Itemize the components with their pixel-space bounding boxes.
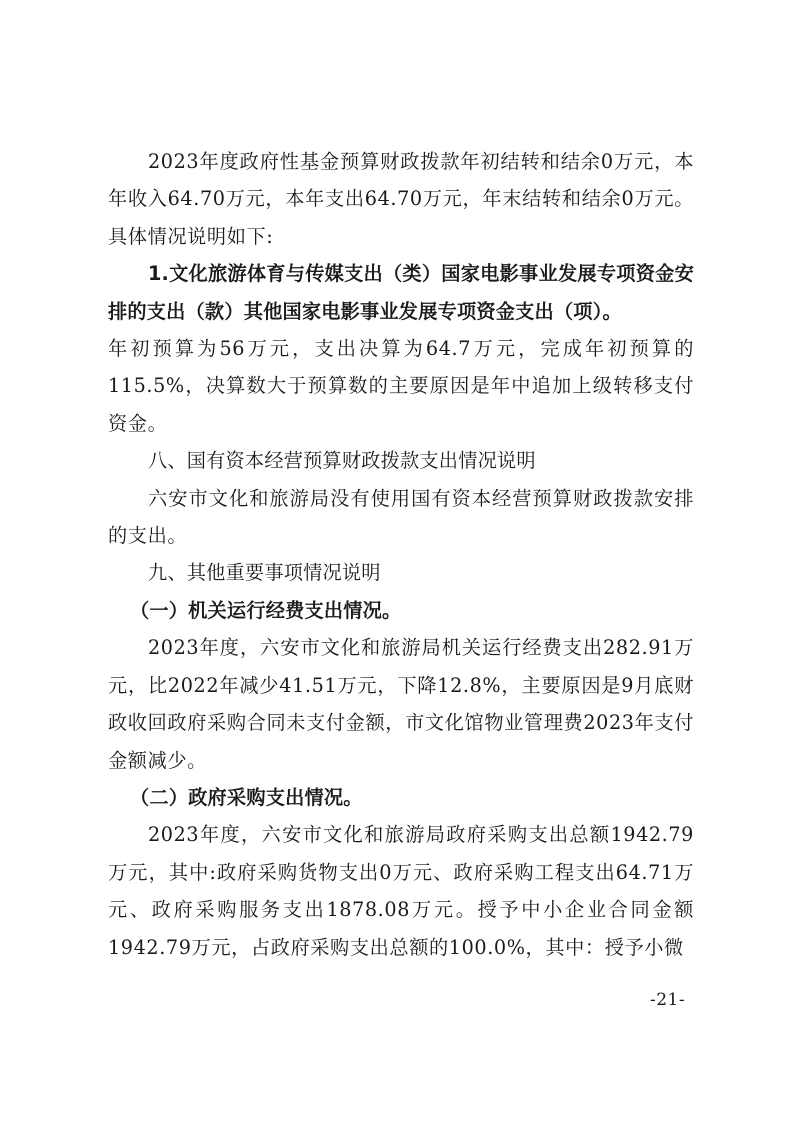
paragraph-budget-completion: 年初预算为56万元，支出决算为64.7万元，完成年初预算的115.5%，决算数大… bbox=[108, 330, 694, 442]
paragraph-fund-budget-summary: 2023年度政府性基金预算财政拨款年初结转和结余0万元，本年收入64.70万元，… bbox=[108, 143, 694, 255]
paragraph-procurement: 2023年度，六安市文化和旅游局政府采购支出总额1942.79万元，其中:政府采… bbox=[108, 816, 694, 966]
paragraph-no-state-capital-use: 六安市文化和旅游局没有使用国有资本经营预算财政拨款安排的支出。 bbox=[108, 480, 694, 555]
page-number: -21- bbox=[650, 990, 685, 1010]
section-heading-culture-tourism-expenditure: 1.文化旅游体育与传媒支出（类）国家电影事业发展专项资金安排的支出（款）其他国家… bbox=[108, 255, 694, 330]
document-page: 2023年度政府性基金预算财政拨款年初结转和结余0万元，本年收入64.70万元，… bbox=[108, 143, 694, 966]
subsection-heading-procurement: （二）政府采购支出情况。 bbox=[108, 779, 694, 816]
subsection-heading-operating-expenses: （一）机关运行经费支出情况。 bbox=[108, 592, 694, 629]
paragraph-operating-expenses: 2023年度，六安市文化和旅游局机关运行经费支出282.91万元，比2022年减… bbox=[108, 629, 694, 779]
section-heading-state-capital-budget: 八、国有资本经营预算财政拨款支出情况说明 bbox=[108, 442, 694, 479]
section-heading-other-matters: 九、其他重要事项情况说明 bbox=[108, 554, 694, 591]
